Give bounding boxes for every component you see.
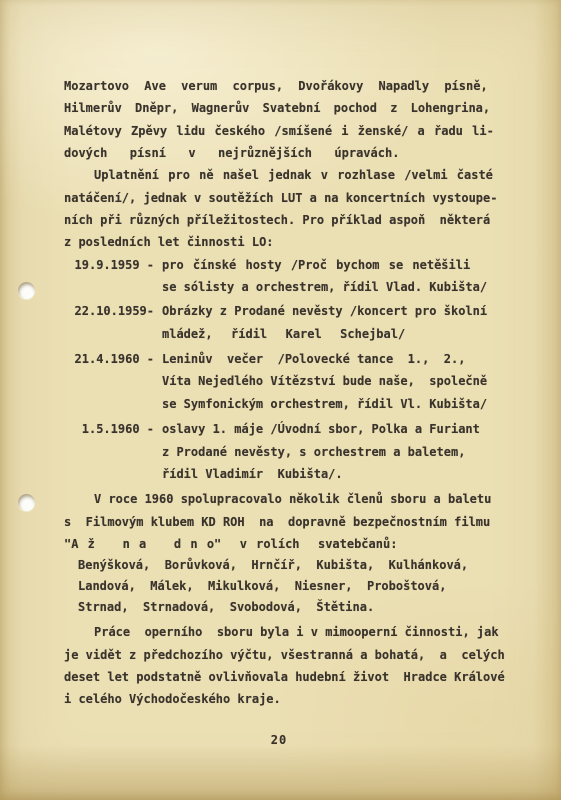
- entry-date: 1.5.1960 -: [64, 418, 154, 485]
- program-entry: 22.10.1959- Obrázky z Prodané nevěsty /k…: [64, 300, 494, 345]
- text-line: s Filmovým klubem KD ROH na dopravně bez…: [64, 511, 494, 533]
- text-line: oslavy 1. máje /Úvodní sbor, Polka a Fur…: [162, 418, 480, 440]
- text-line: Obrázky z Prodané nevěsty /koncert pro š…: [162, 300, 487, 322]
- entry-text: Leninův večer /Polovecké tance 1., 2., V…: [162, 348, 487, 415]
- text-line: Strnad, Strnadová, Svobodová, Štětina.: [64, 597, 494, 618]
- paragraph: Mozartovo Ave verum corpus, Dvořákovy Na…: [64, 75, 494, 164]
- text-line: Benýšková, Borůvková, Hrnčíř, Kubišta, K…: [64, 555, 494, 576]
- text-line: z Prodané nevěsty, s orchestrem a balete…: [162, 441, 480, 463]
- text-line: Práce operního sboru byla i v mimooperní…: [64, 621, 494, 643]
- text-line: dových písní v nejrůznějších úpravách.: [64, 142, 494, 164]
- entry-date: 21.4.1960 -: [64, 348, 154, 415]
- text-line: Leninův večer /Polovecké tance 1., 2.,: [162, 348, 487, 370]
- names-list: Benýšková, Borůvková, Hrnčíř, Kubišta, K…: [64, 555, 494, 618]
- scanned-page: Mozartovo Ave verum corpus, Dvořákovy Na…: [0, 0, 561, 800]
- text-line: Víta Nejedlého Vítězství bude naše, spol…: [162, 370, 487, 392]
- entry-date: 19.9.1959 -: [64, 254, 154, 299]
- paragraph: V roce 1960 spolupracovalo několik členů…: [64, 488, 494, 555]
- entry-text: pro čínské hosty /Proč bychom se netěšil…: [162, 254, 487, 299]
- text-line: deset let podstatně ovlivňovala hudební …: [64, 666, 494, 688]
- text-line: je vidět z předchozího výčtu, všestranná…: [64, 644, 494, 666]
- text-line: se sólisty a orchestrem, řídil Vlad. Kub…: [162, 276, 487, 298]
- text-line: řídil Vladimír Kubišta/.: [162, 463, 480, 485]
- program-entry: 1.5.1960 - oslavy 1. máje /Úvodní sbor, …: [64, 418, 494, 485]
- paragraph: Uplatnění pro ně našel jednak v rozhlase…: [64, 164, 494, 253]
- text-line: Uplatnění pro ně našel jednak v rozhlase…: [64, 164, 494, 186]
- text-line: se Symfonickým orchestrem, řídil Vl. Kub…: [162, 393, 487, 415]
- entry-date: 22.10.1959-: [64, 300, 154, 345]
- punch-hole: [18, 494, 35, 511]
- text-line: z posledních let činnosti LO:: [64, 231, 494, 253]
- punch-hole: [18, 282, 35, 299]
- text-line: Malétovy Zpěvy lidu českého /smíšené i ž…: [64, 120, 494, 142]
- paragraph: Práce operního sboru byla i v mimooperní…: [64, 621, 494, 710]
- page-number: 20: [64, 733, 494, 747]
- text-line: Landová, Málek, Mikulková, Niesner, Prob…: [64, 576, 494, 597]
- program-entry: 21.4.1960 - Leninův večer /Polovecké tan…: [64, 348, 494, 415]
- text-line: Hilmerův Dněpr, Wagnerův Svatební pochod…: [64, 97, 494, 119]
- text-line: V roce 1960 spolupracovalo několik členů…: [64, 488, 494, 510]
- document-text: Mozartovo Ave verum corpus, Dvořákovy Na…: [64, 75, 494, 711]
- text-line: Mozartovo Ave verum corpus, Dvořákovy Na…: [64, 75, 494, 97]
- text-line: ních při různých příležitostech. Pro pří…: [64, 209, 494, 231]
- text-line: natáčení/, jednak v soutěžích LUT a na k…: [64, 187, 494, 209]
- entry-text: oslavy 1. máje /Úvodní sbor, Polka a Fur…: [162, 418, 480, 485]
- text-line: mládež, řídil Karel Schejbal/: [162, 323, 487, 345]
- entry-text: Obrázky z Prodané nevěsty /koncert pro š…: [162, 300, 487, 345]
- text-line: "A ž n a d n o" v rolích svatebčanů:: [64, 533, 494, 555]
- program-entry: 19.9.1959 - pro čínské hosty /Proč bycho…: [64, 254, 494, 299]
- text-line: pro čínské hosty /Proč bychom se netěšil…: [162, 254, 487, 276]
- text-line: i celého Východočeského kraje.: [64, 688, 494, 710]
